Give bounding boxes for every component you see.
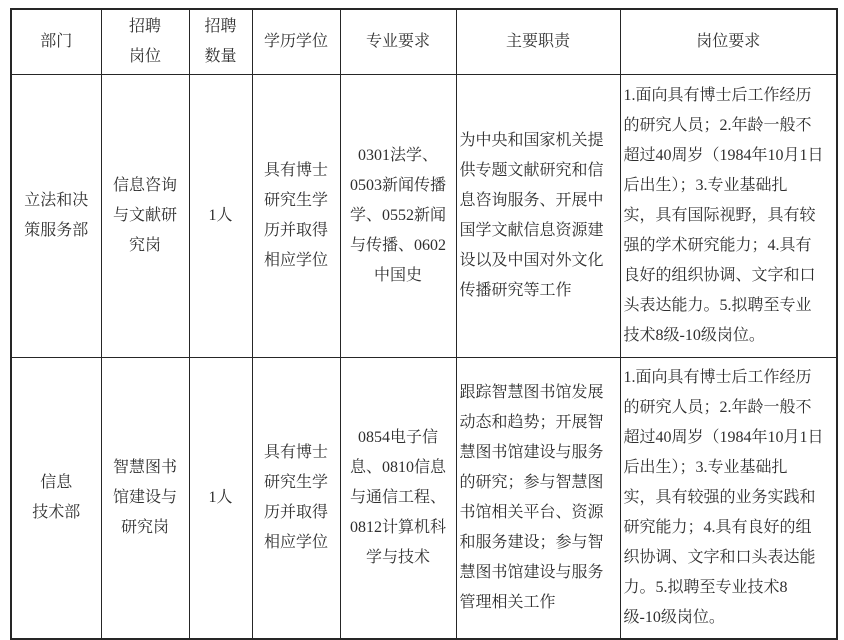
cell-department: 信息 技术部 <box>11 358 101 638</box>
col-header-major: 专业要求 <box>340 9 456 75</box>
cell-requirements: 1.面向具有博士后工作经历 的研究人员；2.年龄一般不 超过40周岁（1984年… <box>620 75 837 358</box>
cell-degree: 具有博士 研究生学 历并取得 相应学位 <box>252 75 340 358</box>
table-row: 立法和决 策服务部 信息咨询 与文献研 究岗 1人 具有博士 研究生学 历并取得… <box>11 75 837 358</box>
cell-headcount: 1人 <box>189 358 252 638</box>
col-header-requirements: 岗位要求 <box>620 9 837 75</box>
col-header-headcount: 招聘 数量 <box>189 9 252 75</box>
header-row: 部门 招聘 岗位 招聘 数量 学历学位 专业要求 主要职责 岗位要求 <box>11 9 837 75</box>
cell-requirements: 1.面向具有博士后工作经历 的研究人员；2.年龄一般不 超过40周岁（1984年… <box>620 358 837 638</box>
cell-headcount: 1人 <box>189 75 252 358</box>
recruitment-table: 部门 招聘 岗位 招聘 数量 学历学位 专业要求 主要职责 岗位要求 立法和决 … <box>10 8 838 637</box>
table-row: 信息 技术部 智慧图书 馆建设与 研究岗 1人 具有博士 研究生学 历并取得 相… <box>11 358 837 638</box>
cell-major: 0854电子信 息、0810信息 与通信工程、 0812计算机科 学与技术 <box>340 358 456 638</box>
col-header-position: 招聘 岗位 <box>101 9 189 75</box>
cell-position: 智慧图书 馆建设与 研究岗 <box>101 358 189 638</box>
col-header-department: 部门 <box>11 9 101 75</box>
cell-major: 0301法学、 0503新闻传播 学、0552新闻 与传播、0602 中国史 <box>340 75 456 358</box>
col-header-degree: 学历学位 <box>252 9 340 75</box>
cell-degree: 具有博士 研究生学 历并取得 相应学位 <box>252 358 340 638</box>
cell-duties: 跟踪智慧图书馆发展 动态和趋势；开展智 慧图书馆建设与服务 的研究；参与智慧图 … <box>456 358 620 638</box>
cell-position: 信息咨询 与文献研 究岗 <box>101 75 189 358</box>
cell-duties: 为中央和国家机关提 供专题文献研究和信 息咨询服务、开展中 国学文献信息资源建 … <box>456 75 620 358</box>
col-header-duties: 主要职责 <box>456 9 620 75</box>
cell-department: 立法和决 策服务部 <box>11 75 101 358</box>
recruitment-table-container: 部门 招聘 岗位 招聘 数量 学历学位 专业要求 主要职责 岗位要求 立法和决 … <box>10 8 838 637</box>
